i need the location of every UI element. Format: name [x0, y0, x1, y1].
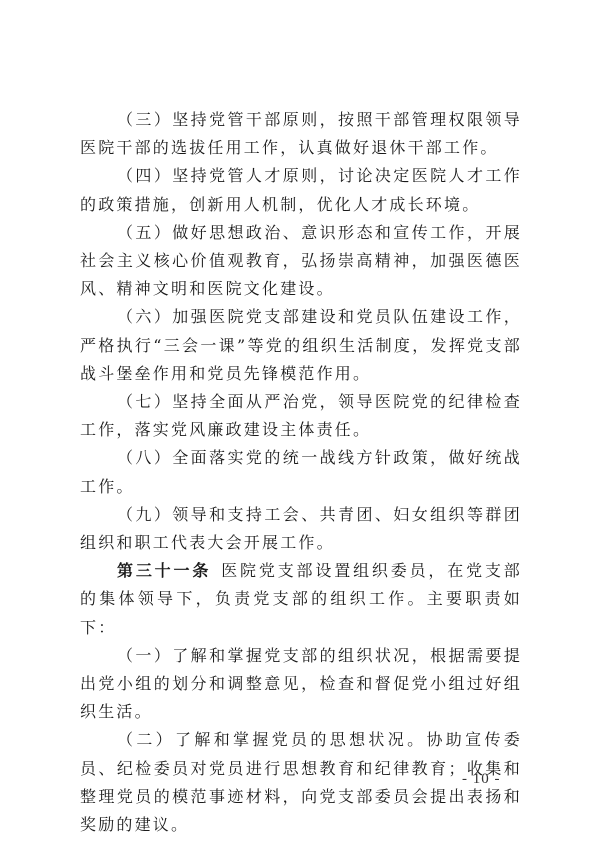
paragraph-a31-item-2: （二）了解和掌握党员的思想状况。协助宣传委员、纪检委员对党员进行思想教育和纪律教…: [80, 726, 522, 839]
paragraph-item-6: （六）加强医院党支部建设和党员队伍建设工作，严格执行“三会一课”等党的组织生活制…: [80, 303, 522, 388]
paragraph-a31-item-1: （一）了解和掌握党支部的组织状况，根据需要提出党小组的划分和调整意见，检查和督促…: [80, 642, 522, 727]
document-page: （三）坚持党管干部原则，按照干部管理权限领导医院干部的选拔任用工作，认真做好退休…: [80, 106, 522, 839]
paragraph-item-5: （五）做好思想政治、意识形态和宣传工作，开展社会主义核心价值观教育，弘扬崇高精神…: [80, 219, 522, 304]
paragraph-item-3: （三）坚持党管干部原则，按照干部管理权限领导医院干部的选拔任用工作，认真做好退休…: [80, 106, 522, 162]
paragraph-item-4: （四）坚持党管人才原则，讨论决定医院人才工作的政策措施，创新用人机制，优化人才成…: [80, 162, 522, 218]
article-31-paragraph: 第三十一条医院党支部设置组织委员，在党支部的集体领导下，负责党支部的组织工作。主…: [80, 557, 522, 642]
paragraph-item-9: （九）领导和支持工会、共青团、妇女组织等群团组织和职工代表大会开展工作。: [80, 501, 522, 557]
paragraph-item-7: （七）坚持全面从严治党，领导医院党的纪律检查工作，落实党风廉政建设主体责任。: [80, 388, 522, 444]
page-number: - 10 -: [462, 771, 501, 788]
paragraph-item-8: （八）全面落实党的统一战线方针政策，做好统战工作。: [80, 444, 522, 500]
article-heading: 第三十一条: [117, 561, 211, 580]
